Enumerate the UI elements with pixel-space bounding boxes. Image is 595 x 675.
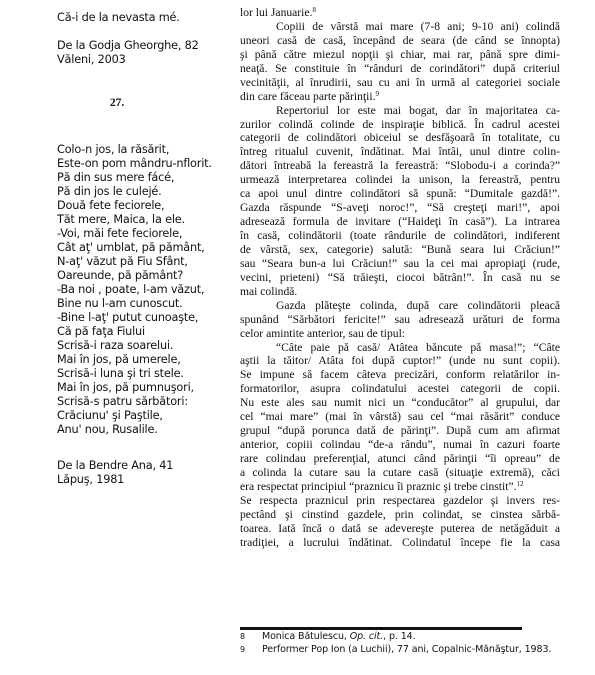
body-text-line: de vârstă, sex, categorie) salută: “Bună… bbox=[240, 243, 560, 257]
line-text: mai colindă. bbox=[240, 285, 297, 298]
body-text-line: pectând şi cinstind gazdele, prin colind… bbox=[240, 508, 560, 522]
body-text-line: Nu este ales sau numit nici un “conducăt… bbox=[240, 396, 560, 410]
body-text-line: vecini, prieteni) “Să trăieşti, ciocoi b… bbox=[240, 271, 560, 285]
line-text: ca apoi unul dintre colindători să spună… bbox=[240, 187, 560, 200]
line-text: sau “Seara bun-a lui Crăciun!” sau la ce… bbox=[240, 257, 560, 270]
poem-line: Colo-n jos, la răsărit, bbox=[57, 143, 232, 157]
body-text-line: adresează formula de invitare (“Haideţi … bbox=[240, 215, 560, 229]
poem-line: -Bine l-aţ' putut cunoaşte, bbox=[57, 311, 232, 325]
line-text: urmează interpretarea colindei la unison… bbox=[240, 173, 560, 186]
line-text: neaţă. Se constituie în “rânduri de cori… bbox=[240, 62, 560, 75]
body-text-line: Copiii de vârstă mai mare (7-8 ani; 9-10… bbox=[240, 20, 560, 34]
body-text-line: mai colindă. bbox=[240, 285, 560, 299]
body-text-line: grupul “după porunca dată de părinţi”. D… bbox=[240, 424, 560, 438]
footnote-text: Monica Bătulescu, bbox=[262, 631, 350, 642]
body-text-line: aştii la tăitor/ Atâta foi după cuptor!”… bbox=[240, 354, 560, 368]
footnote-9: 9Performer Pop Ion (a Luchii), 77 ani, C… bbox=[240, 644, 570, 656]
body-text-line: Gazda plăteşte colinda, după care colind… bbox=[240, 299, 560, 313]
body-text-line: cel “mai mare” (mai în vârstă) sau cel “… bbox=[240, 410, 560, 424]
body-text-line: sau “Seara bun-a lui Crăciun!” sau la ce… bbox=[240, 257, 560, 271]
poem-line: Tăt mere, Maica, la ele. bbox=[57, 213, 232, 227]
body-text-line: urmează interpretarea colindei la unison… bbox=[240, 173, 560, 187]
line-text: aştii la tăitor/ Atâta foi după cuptor!”… bbox=[240, 354, 560, 367]
body-text-line: ca apoi unul dintre colindători să spună… bbox=[240, 187, 560, 201]
body-text-line: anterior, copiii colindau “de-a rându”, … bbox=[240, 438, 560, 452]
footnote-reference: 8 bbox=[312, 6, 316, 14]
footnote-reference: 9 bbox=[376, 90, 380, 98]
line-text: celor amintite anterior, sau de tipul: bbox=[240, 327, 405, 340]
poem-line: Mai în jos, pă umerele, bbox=[57, 353, 232, 367]
source-place-1: Văleni, 2003 bbox=[57, 53, 232, 67]
line-text: categorii de colindători obiceiul se des… bbox=[240, 131, 560, 144]
body-text-line: lor lui Januarie.8 bbox=[240, 6, 560, 20]
body-text-line: spunând “Sărbători fericite!” sau adrese… bbox=[240, 313, 560, 327]
footnote-reference: 12 bbox=[517, 480, 524, 488]
line-text: Nu este ales sau numit nici un “conducăt… bbox=[240, 396, 560, 409]
body-text-line: zurilor colindă colinde de inspiraţie bi… bbox=[240, 118, 560, 132]
body-text-line: în casă, colindătorii (toate rândurile d… bbox=[240, 229, 560, 243]
line-text: lor lui Januarie. bbox=[240, 6, 312, 19]
poem-closing-line: Că-i de la nevasta mé. bbox=[57, 11, 232, 25]
line-text: rare colindau preferenţial, atunci când … bbox=[240, 452, 560, 465]
body-text-line: a colinda la cutare sau la cutare casă (… bbox=[240, 466, 560, 480]
line-text: Se impune să facem câteva precizări, con… bbox=[240, 368, 560, 381]
line-text: în casă, colindătorii (toate rândurile d… bbox=[240, 229, 560, 242]
poem-line: Scrisă-i raza soarelui. bbox=[57, 339, 232, 353]
footnote-separator bbox=[240, 627, 522, 630]
poem-line: -Ba noi , poate, l-am văzut, bbox=[57, 283, 232, 297]
footnote-italic: Op. cit. bbox=[350, 631, 383, 642]
body-text-line: categorii de colindători obiceiul se des… bbox=[240, 131, 560, 145]
line-text: “Câte paie pă casă/ Atâtea băncute pă ma… bbox=[276, 341, 560, 354]
body-text-line: tradiţiei, a lucrului îndătinat. Colinda… bbox=[240, 536, 560, 550]
poem-line: -Voi, măi fete feciorele, bbox=[57, 227, 232, 241]
source-place-2: Lăpuş, 1981 bbox=[57, 473, 232, 487]
body-text-line: rare colindau preferenţial, atunci când … bbox=[240, 452, 560, 466]
body-text-line: era respectat principiul “praznicu îi pr… bbox=[240, 480, 560, 494]
line-text: formatorilor, asupra colindatului aceste… bbox=[240, 382, 560, 395]
line-text: grupul “după porunca dată de părinţi”. D… bbox=[240, 424, 560, 437]
poem-line: Pă din sus mere fácé, bbox=[57, 171, 232, 185]
poem-line: Că pă faţa Fiului bbox=[57, 325, 232, 339]
footnote-marker: 8 bbox=[240, 631, 262, 643]
poem-line: Două fete feciorele, bbox=[57, 199, 232, 213]
footnote-8: 8Monica Bătulescu, Op. cit., p. 14. bbox=[240, 631, 570, 643]
body-text-line: Se impune să facem câteva precizări, con… bbox=[240, 368, 560, 382]
body-text-line: uneori casă de casă, începând de seara (… bbox=[240, 34, 560, 48]
line-text: dători întreabă la fereastră la fereastr… bbox=[240, 159, 560, 172]
line-text: vecini, prieteni) “Să trăieşti, ciocoi b… bbox=[240, 271, 560, 284]
poem-line: Oareunde, pă pământ? bbox=[57, 269, 232, 283]
line-text: adresează formula de invitare (“Haideţi … bbox=[240, 215, 560, 228]
footnote-marker: 9 bbox=[240, 644, 262, 656]
body-text-line: celor amintite anterior, sau de tipul: bbox=[240, 327, 560, 341]
line-text: era respectat principiul “praznicu îi pr… bbox=[240, 480, 517, 493]
line-text: din care făceau parte părinţii. bbox=[240, 90, 376, 103]
line-text: spunând “Sărbători fericite!” sau adrese… bbox=[240, 313, 560, 326]
body-text-line: Gazda răspunde “S-aveţi noroc!”, “Să cre… bbox=[240, 201, 560, 215]
poem-line: Scrisă-s patru sărbători: bbox=[57, 395, 232, 409]
line-text: Copiii de vârstă mai mare (7-8 ani; 9-10… bbox=[276, 20, 560, 33]
line-text: întreg ritualul cuvenit, îndătinat. Mai … bbox=[240, 145, 560, 158]
body-text-column: lor lui Januarie.8Copiii de vârstă mai m… bbox=[240, 6, 560, 550]
source-informant-1: De la Godja Gheorghe, 82 bbox=[57, 39, 232, 53]
poem-line: N-aţ' văzut pă Fiu Sfânt, bbox=[57, 255, 232, 269]
body-text-line: dători întreabă la fereastră la fereastr… bbox=[240, 159, 560, 173]
line-text: de vârstă, sex, categorie) salută: “Bună… bbox=[240, 243, 560, 256]
body-text-line: formatorilor, asupra colindatului aceste… bbox=[240, 382, 560, 396]
poem-line: Anu' nou, Rusalile. bbox=[57, 423, 232, 437]
line-text: vecinităţii, al înrudirii, sau cu ani în… bbox=[240, 76, 560, 89]
line-text: tradiţiei, a lucrului îndătinat. Colinda… bbox=[240, 536, 560, 549]
body-text-line: şi până către miezul nopţii şi chiar, ma… bbox=[240, 48, 560, 62]
poem-line: Este-on pom mândru-nflorit. bbox=[57, 157, 232, 171]
line-text: Se respecta praznicul prin respectarea g… bbox=[240, 494, 560, 507]
line-text: anterior, copiii colindau “de-a rându”, … bbox=[240, 438, 560, 451]
line-text: Gazda răspunde “S-aveţi noroc!”, “Să cre… bbox=[240, 201, 560, 214]
line-text: pectând şi cinstind gazdele, prin colind… bbox=[240, 508, 560, 521]
body-text-line: Se respecta praznicul prin respectarea g… bbox=[240, 494, 560, 508]
line-text: şi până către miezul nopţii şi chiar, ma… bbox=[240, 48, 560, 61]
poem-line: Scrisă-i luna şi tri stele. bbox=[57, 367, 232, 381]
line-text: cel “mai mare” (mai în vârstă) sau cel “… bbox=[240, 410, 560, 423]
body-text-line: Repertoriul lor este mai bogat, dar în m… bbox=[240, 104, 560, 118]
body-text-line: neaţă. Se constituie în “rânduri de cori… bbox=[240, 62, 560, 76]
line-text: toarea. Iată încă o dată se adevereşte p… bbox=[240, 522, 560, 535]
poem-line: Bine nu l-am cunoscut. bbox=[57, 297, 232, 311]
body-text-line: întreg ritualul cuvenit, îndătinat. Mai … bbox=[240, 145, 560, 159]
section-number: 27. bbox=[57, 97, 177, 109]
left-column: Că-i de la nevasta mé. De la Godja Gheor… bbox=[57, 0, 232, 487]
line-text: a colinda la cutare sau la cutare casă (… bbox=[240, 466, 560, 479]
poem: Colo-n jos, la răsărit, Este-on pom mând… bbox=[57, 143, 232, 437]
poem-line: Crăciunu' şi Paştile, bbox=[57, 409, 232, 423]
poem-line: Cât aţ' umblat, pă pământ, bbox=[57, 241, 232, 255]
body-text-line: din care făceau parte părinţii.9 bbox=[240, 90, 560, 104]
footnote-text: , p. 14. bbox=[383, 631, 415, 642]
footnote-text: Performer Pop Ion (a Luchii), 77 ani, Co… bbox=[262, 644, 551, 655]
source-informant-2: De la Bendre Ana, 41 bbox=[57, 459, 232, 473]
body-text-line: toarea. Iată încă o dată se adevereşte p… bbox=[240, 522, 560, 536]
poem-line: Pă din jos le culejé. bbox=[57, 185, 232, 199]
line-text: Gazda plăteşte colinda, după care colind… bbox=[276, 299, 560, 312]
line-text: Repertoriul lor este mai bogat, dar în m… bbox=[276, 104, 560, 117]
line-text: uneori casă de casă, începând de seara (… bbox=[240, 34, 560, 47]
body-text-line: vecinităţii, al înrudirii, sau cu ani în… bbox=[240, 76, 560, 90]
poem-line: Mai în jos, pă pumnuşori, bbox=[57, 381, 232, 395]
body-text-line: “Câte paie pă casă/ Atâtea băncute pă ma… bbox=[240, 341, 560, 355]
line-text: zurilor colindă colinde de inspiraţie bi… bbox=[240, 118, 560, 131]
